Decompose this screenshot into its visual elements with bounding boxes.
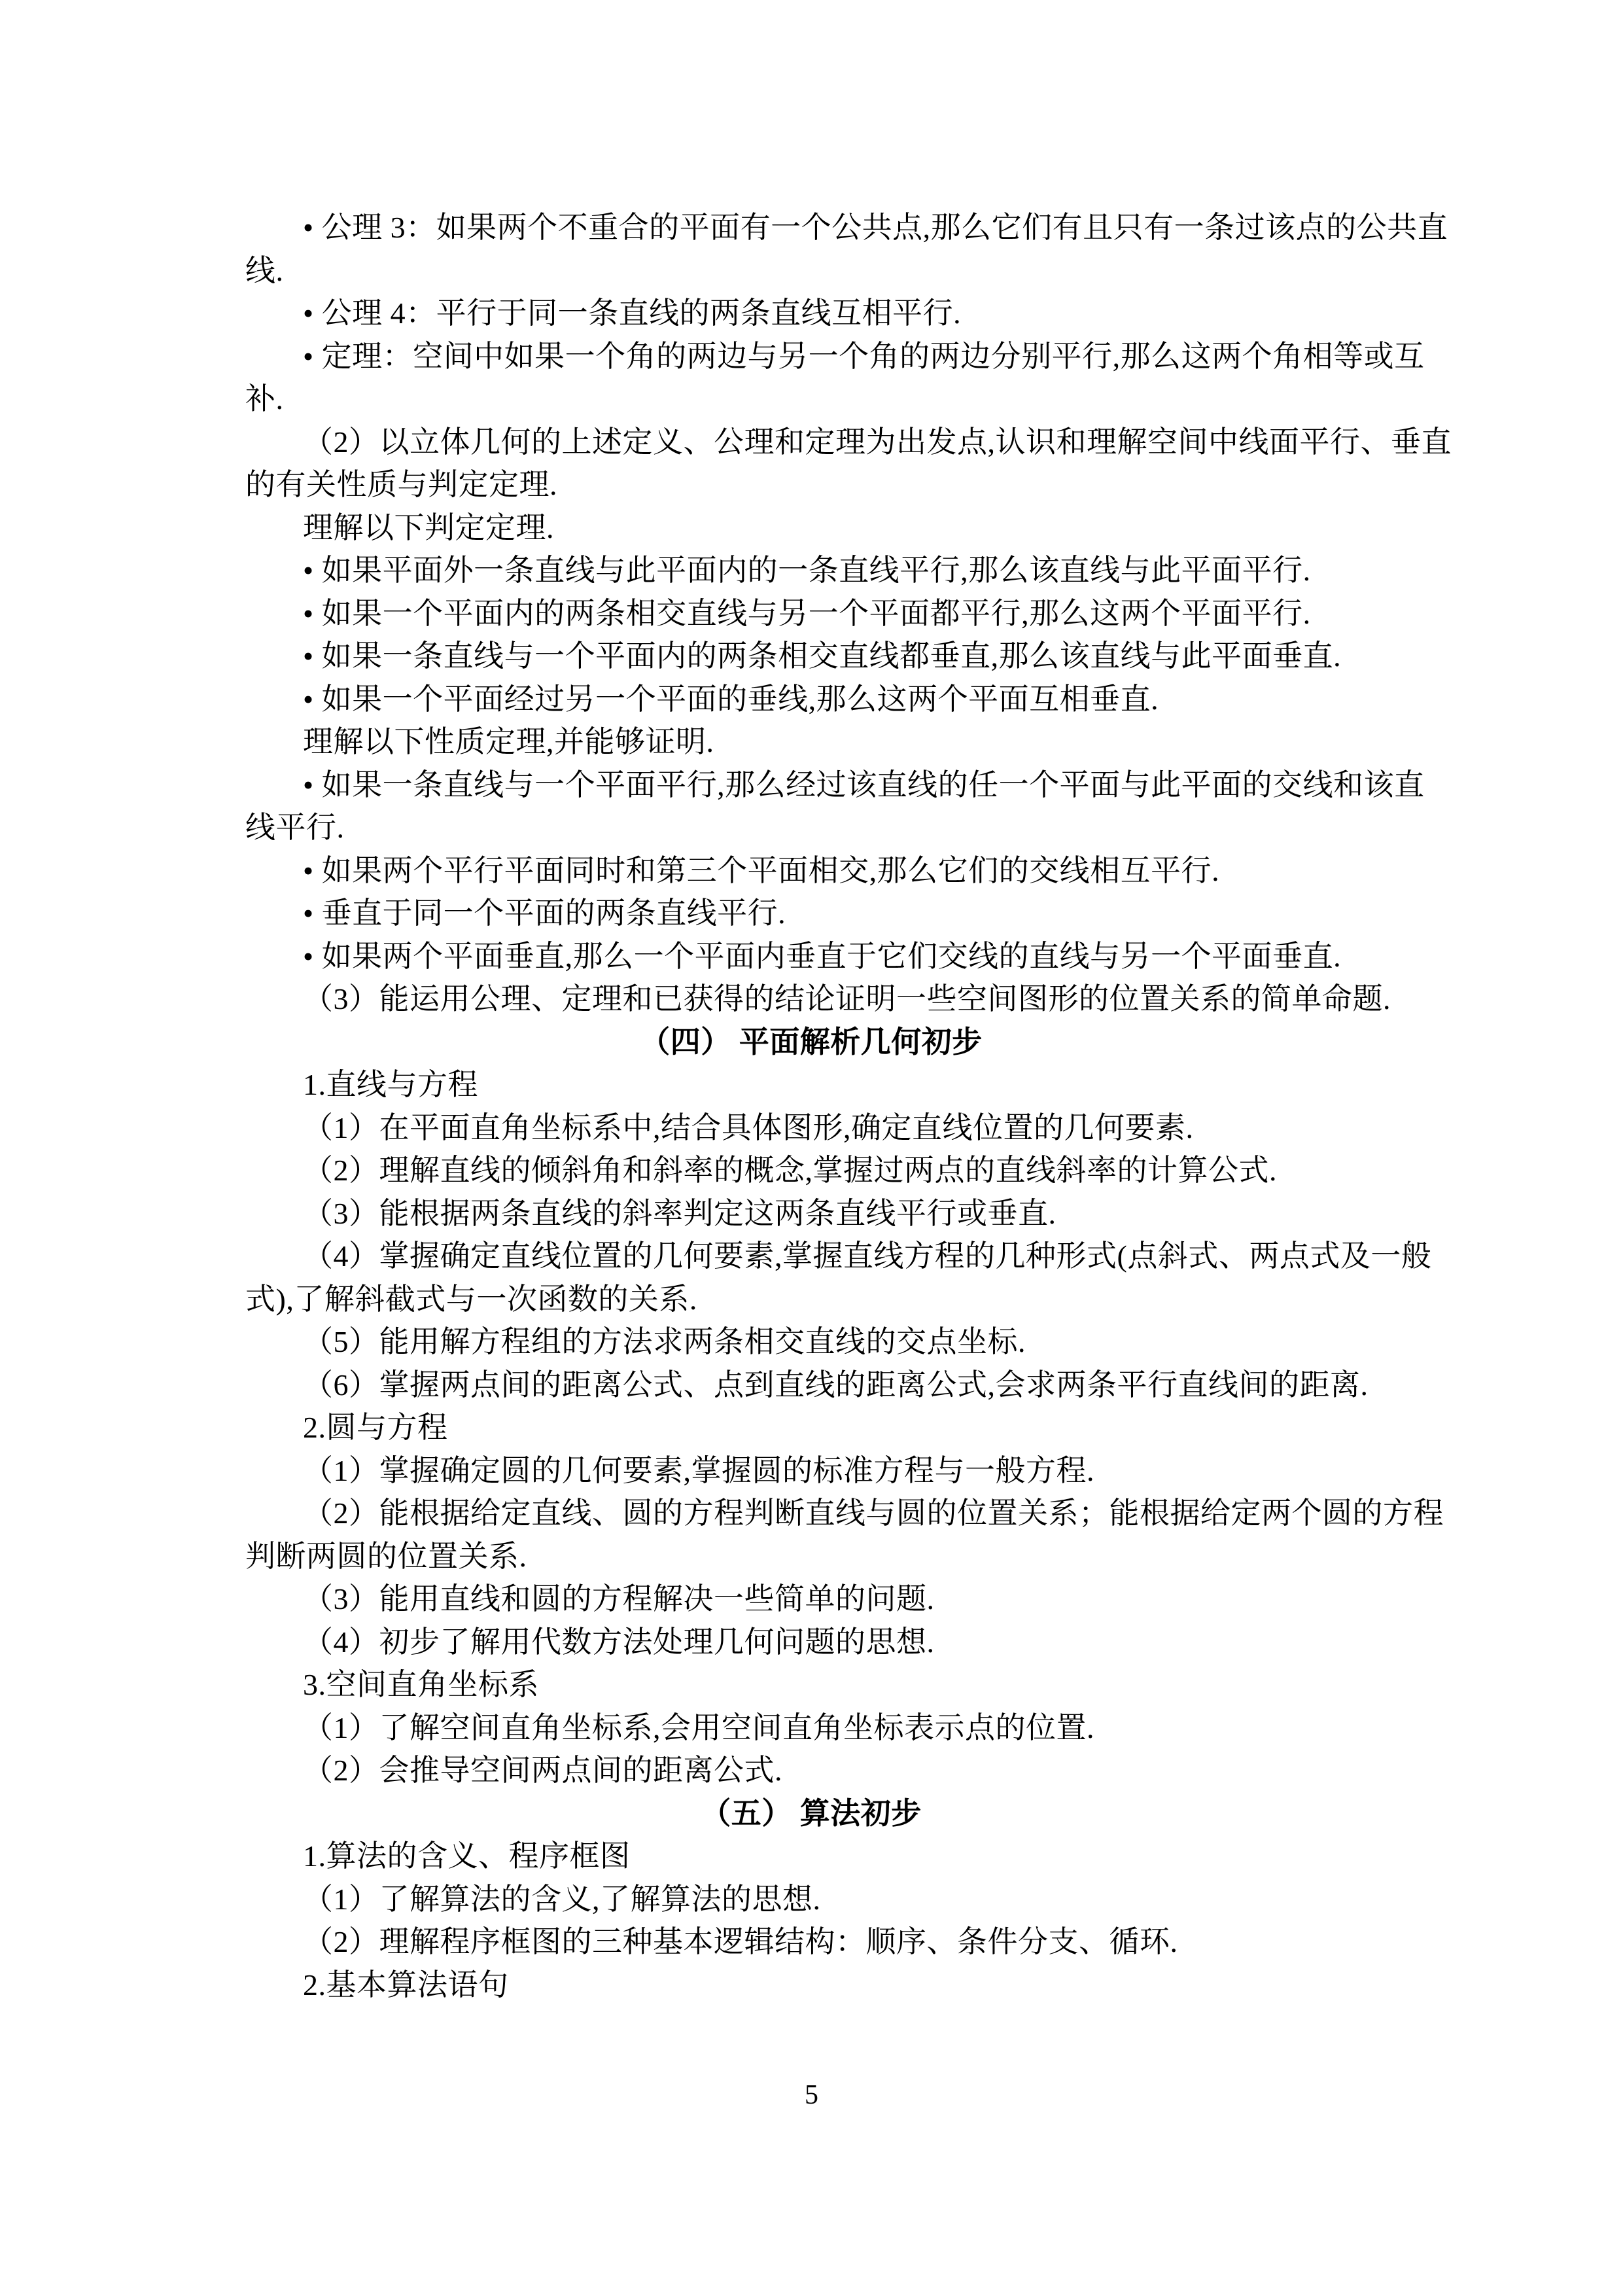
text-line: 判断两圆的位置关系.	[245, 1535, 1377, 1578]
text-line: • 定理：空间中如果一个角的两边与另一个角的两边分别平行,那么这两个角相等或互	[245, 335, 1377, 378]
text-line: （1）了解空间直角坐标系,会用空间直角坐标表示点的位置.	[245, 1706, 1377, 1750]
text-line: （2）以立体几何的上述定义、公理和定理为出发点,认识和理解空间中线面平行、垂直	[245, 421, 1377, 464]
text-line: （2）理解直线的倾斜角和斜率的概念,掌握过两点的直线斜率的计算公式.	[245, 1149, 1377, 1192]
document-body: • 公理 3：如果两个不重合的平面有一个公共点,那么它们有且只有一条过该点的公共…	[245, 206, 1377, 2006]
document-page: • 公理 3：如果两个不重合的平面有一个公共点,那么它们有且只有一条过该点的公共…	[0, 0, 1623, 2296]
text-line: 1.算法的含义、程序框图	[245, 1835, 1377, 1878]
section-heading: （五） 算法初步	[245, 1792, 1377, 1835]
text-line: （5）能用解方程组的方法求两条相交直线的交点坐标.	[245, 1320, 1377, 1364]
text-line: 线平行.	[245, 806, 1377, 849]
text-line: （6）掌握两点间的距离公式、点到直线的距离公式,会求两条平行直线间的距离.	[245, 1364, 1377, 1407]
text-line: （2）能根据给定直线、圆的方程判断直线与圆的位置关系；能根据给定两个圆的方程	[245, 1492, 1377, 1535]
text-line: • 如果一条直线与一个平面平行,那么经过该直线的任一个平面与此平面的交线和该直	[245, 764, 1377, 807]
text-line: • 如果一个平面内的两条相交直线与另一个平面都平行,那么这两个平面平行.	[245, 592, 1377, 635]
text-line: 2.基本算法语句	[245, 1964, 1377, 2007]
text-line: （1）在平面直角坐标系中,结合具体图形,确定直线位置的几何要素.	[245, 1106, 1377, 1150]
text-line: • 如果两个平行平面同时和第三个平面相交,那么它们的交线相互平行.	[245, 849, 1377, 892]
text-line: 理解以下判定定理.	[245, 506, 1377, 550]
text-line: （1）掌握确定圆的几何要素,掌握圆的标准方程与一般方程.	[245, 1449, 1377, 1492]
text-line: • 垂直于同一个平面的两条直线平行.	[245, 892, 1377, 935]
text-line: 线.	[245, 249, 1377, 292]
text-line: • 如果一条直线与一个平面内的两条相交直线都垂直,那么该直线与此平面垂直.	[245, 635, 1377, 678]
text-line: （4）掌握确定直线位置的几何要素,掌握直线方程的几种形式(点斜式、两点式及一般	[245, 1235, 1377, 1278]
text-line: • 公理 3：如果两个不重合的平面有一个公共点,那么它们有且只有一条过该点的公共…	[245, 206, 1377, 249]
text-line: （1）了解算法的含义,了解算法的思想.	[245, 1878, 1377, 1921]
text-line: 1.直线与方程	[245, 1063, 1377, 1106]
text-line: （3）能运用公理、定理和已获得的结论证明一些空间图形的位置关系的简单命题.	[245, 978, 1377, 1021]
text-line: • 如果两个平面垂直,那么一个平面内垂直于它们交线的直线与另一个平面垂直.	[245, 935, 1377, 978]
text-line: （3）能根据两条直线的斜率判定这两条直线平行或垂直.	[245, 1192, 1377, 1235]
text-line: • 如果平面外一条直线与此平面内的一条直线平行,那么该直线与此平面平行.	[245, 549, 1377, 592]
text-line: （2）会推导空间两点间的距离公式.	[245, 1749, 1377, 1792]
text-line: （4）初步了解用代数方法处理几何问题的思想.	[245, 1621, 1377, 1664]
text-line: （2）理解程序框图的三种基本逻辑结构：顺序、条件分支、循环.	[245, 1920, 1377, 1964]
text-line: • 如果一个平面经过另一个平面的垂线,那么这两个平面互相垂直.	[245, 678, 1377, 721]
text-line: 理解以下性质定理,并能够证明.	[245, 720, 1377, 764]
text-line: 3.空间直角坐标系	[245, 1663, 1377, 1706]
page-number: 5	[0, 2079, 1623, 2111]
text-line: 2.圆与方程	[245, 1406, 1377, 1449]
text-line: 的有关性质与判定定理.	[245, 463, 1377, 506]
text-line: （3）能用直线和圆的方程解决一些简单的问题.	[245, 1578, 1377, 1621]
text-line: 式),了解斜截式与一次函数的关系.	[245, 1278, 1377, 1321]
text-line: 补.	[245, 378, 1377, 421]
section-heading: （四） 平面解析几何初步	[245, 1021, 1377, 1064]
text-line: • 公理 4：平行于同一条直线的两条直线互相平行.	[245, 292, 1377, 335]
